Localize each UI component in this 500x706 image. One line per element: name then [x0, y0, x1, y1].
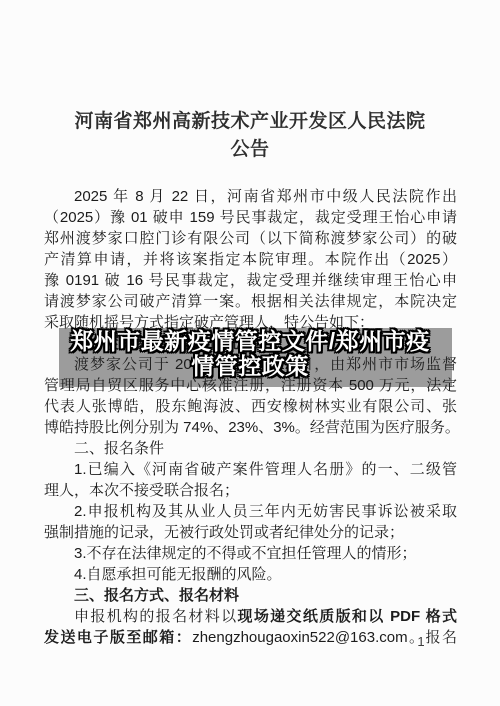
body-text: 郑州渡梦家口腔门诊有限公司（以下简称渡梦家公司）的破	[44, 230, 457, 247]
body-text: 1.已编入《河南省破产案件管理人名册》的一、二级管	[74, 461, 457, 478]
body-line: 请渡梦家公司破产清算一案。根据相关法律规定，本院决定	[44, 291, 457, 312]
body-line: （2025）豫 01 破申 159 号民事裁定，裁定受理王怡心申请	[44, 207, 457, 228]
body-line: 强制措施的记录，无被行政处罚或者纪律处分的记录；	[44, 522, 457, 543]
caption-overlay: 郑州市最新疫情管控文件/郑州市疫 情管控政策	[40, 329, 460, 379]
body-text: 2025 年 8 月 22 日，河南省郑州市中级人民法院作出	[74, 188, 457, 205]
body-line: 产清算申请，并将该案指定本院审理。本院作出（2025）	[44, 249, 457, 270]
body-text: 4.自愿承担可能无报酬的风险。	[74, 566, 282, 583]
body-text: 3.不存在法律规定的不得或不宜担任管理人的情形；	[74, 545, 417, 562]
body-line: 2025 年 8 月 22 日，河南省郑州市中级人民法院作出	[44, 186, 457, 207]
body-line: 申报机构的报名材料以现场递交纸质版和以 PDF 格式	[44, 606, 457, 627]
document-page: 河南省郑州高新技术产业开发区人民法院 公告 2025 年 8 月 22 日，河南…	[0, 0, 500, 706]
body-line: 理人，本次不接受联合报名；	[44, 480, 457, 501]
body-text: 2.申报机构及其从业人员三年内无妨害民事诉讼被采取	[74, 503, 457, 520]
body-text: 产清算申请，并将该案指定本院审理。本院作出（2025）	[44, 251, 457, 268]
caption-overlay-line-1: 郑州市最新疫情管控文件/郑州市疫	[40, 329, 460, 354]
body-text: （2025）豫 01 破申 159 号民事裁定，裁定受理王怡心申请	[44, 209, 457, 226]
body-text-bold: 三、报名方式、报名材料	[74, 587, 239, 604]
body-line: 豫 0191 破 16 号民事裁定，裁定受理并继续审理王怡心申	[44, 270, 457, 291]
body-text-bold: 发送电子版至邮箱：	[44, 629, 192, 646]
body-line: 二、报名条件	[44, 438, 457, 459]
body-text: 申报机构的报名材料以	[74, 608, 237, 625]
body-text: 管理局自贸区服务中心核准注册，注册资本 500 万元，法定	[44, 377, 457, 394]
body-line: 4.自愿承担可能无报酬的风险。	[44, 564, 457, 585]
body-text: zhengzhougaoxin522@163.com。报名	[192, 629, 457, 646]
caption-overlay-line-2: 情管控政策	[40, 354, 460, 379]
document-title-line-2: 公告	[0, 136, 500, 164]
body-line: 三、报名方式、报名材料	[44, 585, 457, 606]
body-line: 代表人张博皓，股东鲍海波、西安橡树林实业有限公司、张	[44, 396, 457, 417]
body-text: 强制措施的记录，无被行政处罚或者纪律处分的记录；	[44, 524, 404, 541]
document-title-line-1: 河南省郑州高新技术产业开发区人民法院	[0, 108, 500, 136]
body-text: 代表人张博皓，股东鲍海波、西安橡树林实业有限公司、张	[44, 398, 457, 415]
body-text: 理人，本次不接受联合报名；	[44, 482, 239, 499]
body-line: 3.不存在法律规定的不得或不宜担任管理人的情形；	[44, 543, 457, 564]
body-line: 2.申报机构及其从业人员三年内无妨害民事诉讼被采取	[44, 501, 457, 522]
body-text: 博皓持股比例分别为 74%、23%、3%。经营范围为医疗服务。	[44, 419, 460, 436]
body-text-bold: 现场递交纸质版和以 PDF 格式	[237, 608, 457, 625]
document-title: 河南省郑州高新技术产业开发区人民法院 公告	[0, 108, 500, 164]
body-line: 1.已编入《河南省破产案件管理人名册》的一、二级管	[44, 459, 457, 480]
body-text: 豫 0191 破 16 号民事裁定，裁定受理并继续审理王怡心申	[44, 272, 457, 289]
body-text: 请渡梦家公司破产清算一案。根据相关法律规定，本院决定	[44, 293, 457, 310]
body-line: 博皓持股比例分别为 74%、23%、3%。经营范围为医疗服务。	[44, 417, 457, 438]
body-text: 二、报名条件	[74, 440, 164, 457]
document-body: 2025 年 8 月 22 日，河南省郑州市中级人民法院作出（2025）豫 01…	[44, 186, 457, 648]
body-line: 发送电子版至邮箱：zhengzhougaoxin522@163.com。报名	[44, 627, 457, 648]
body-line: 郑州渡梦家口腔门诊有限公司（以下简称渡梦家公司）的破	[44, 228, 457, 249]
